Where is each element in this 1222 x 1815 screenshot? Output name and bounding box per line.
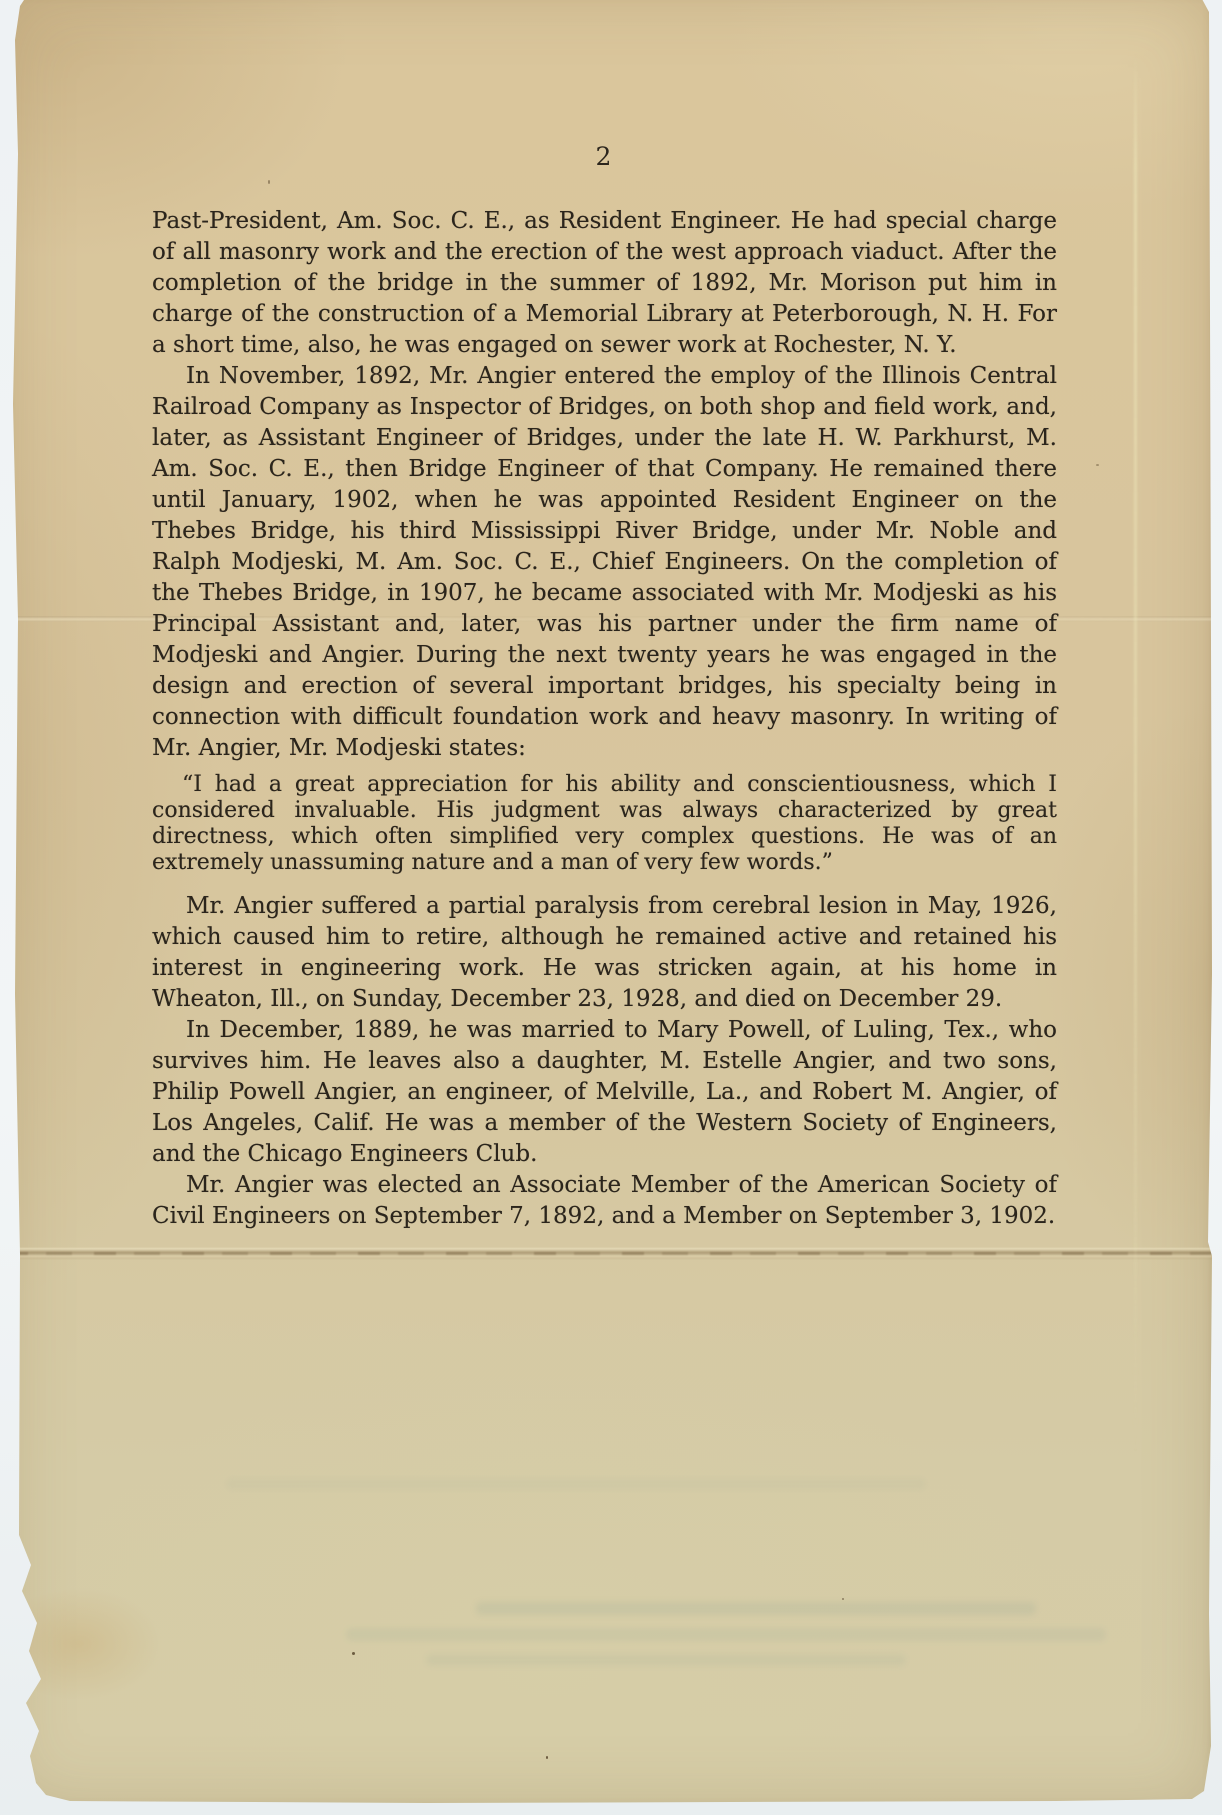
ghost-text-showthrough	[426, 1654, 906, 1666]
page-number: 2	[152, 142, 1055, 171]
fold-crease-lower	[6, 1248, 1212, 1259]
paper-speck	[268, 180, 270, 184]
paragraph-illness-death: Mr. Angier suffered a partial paralysis …	[152, 891, 1057, 1015]
paragraph-illinois-central: In November, 1892, Mr. Angier entered th…	[152, 361, 1057, 764]
paper-streak	[1134, 54, 1137, 1454]
obituary-text: Past-President, Am. Soc. C. E., as Resid…	[152, 206, 1057, 1232]
paper-speck	[546, 1756, 548, 1759]
scanned-document-page: 2 Past-President, Am. Soc. C. E., as Res…	[6, 0, 1212, 1807]
paragraph-career-morison: Past-President, Am. Soc. C. E., as Resid…	[152, 206, 1057, 361]
paper-speck	[1096, 464, 1099, 466]
paragraph-modjeski-quote: “I had a great appreciation for his abil…	[152, 772, 1057, 876]
ghost-text-showthrough	[476, 1602, 1036, 1615]
paragraph-asce-membership: Mr. Angier was elected an Associate Memb…	[152, 1170, 1057, 1232]
paper-speck	[842, 1598, 844, 1600]
ghost-text-showthrough	[226, 1478, 926, 1490]
paragraph-family: In December, 1889, he was married to Mar…	[152, 1015, 1057, 1170]
paper-speck	[352, 1652, 355, 1655]
ghost-text-showthrough	[346, 1628, 1106, 1641]
